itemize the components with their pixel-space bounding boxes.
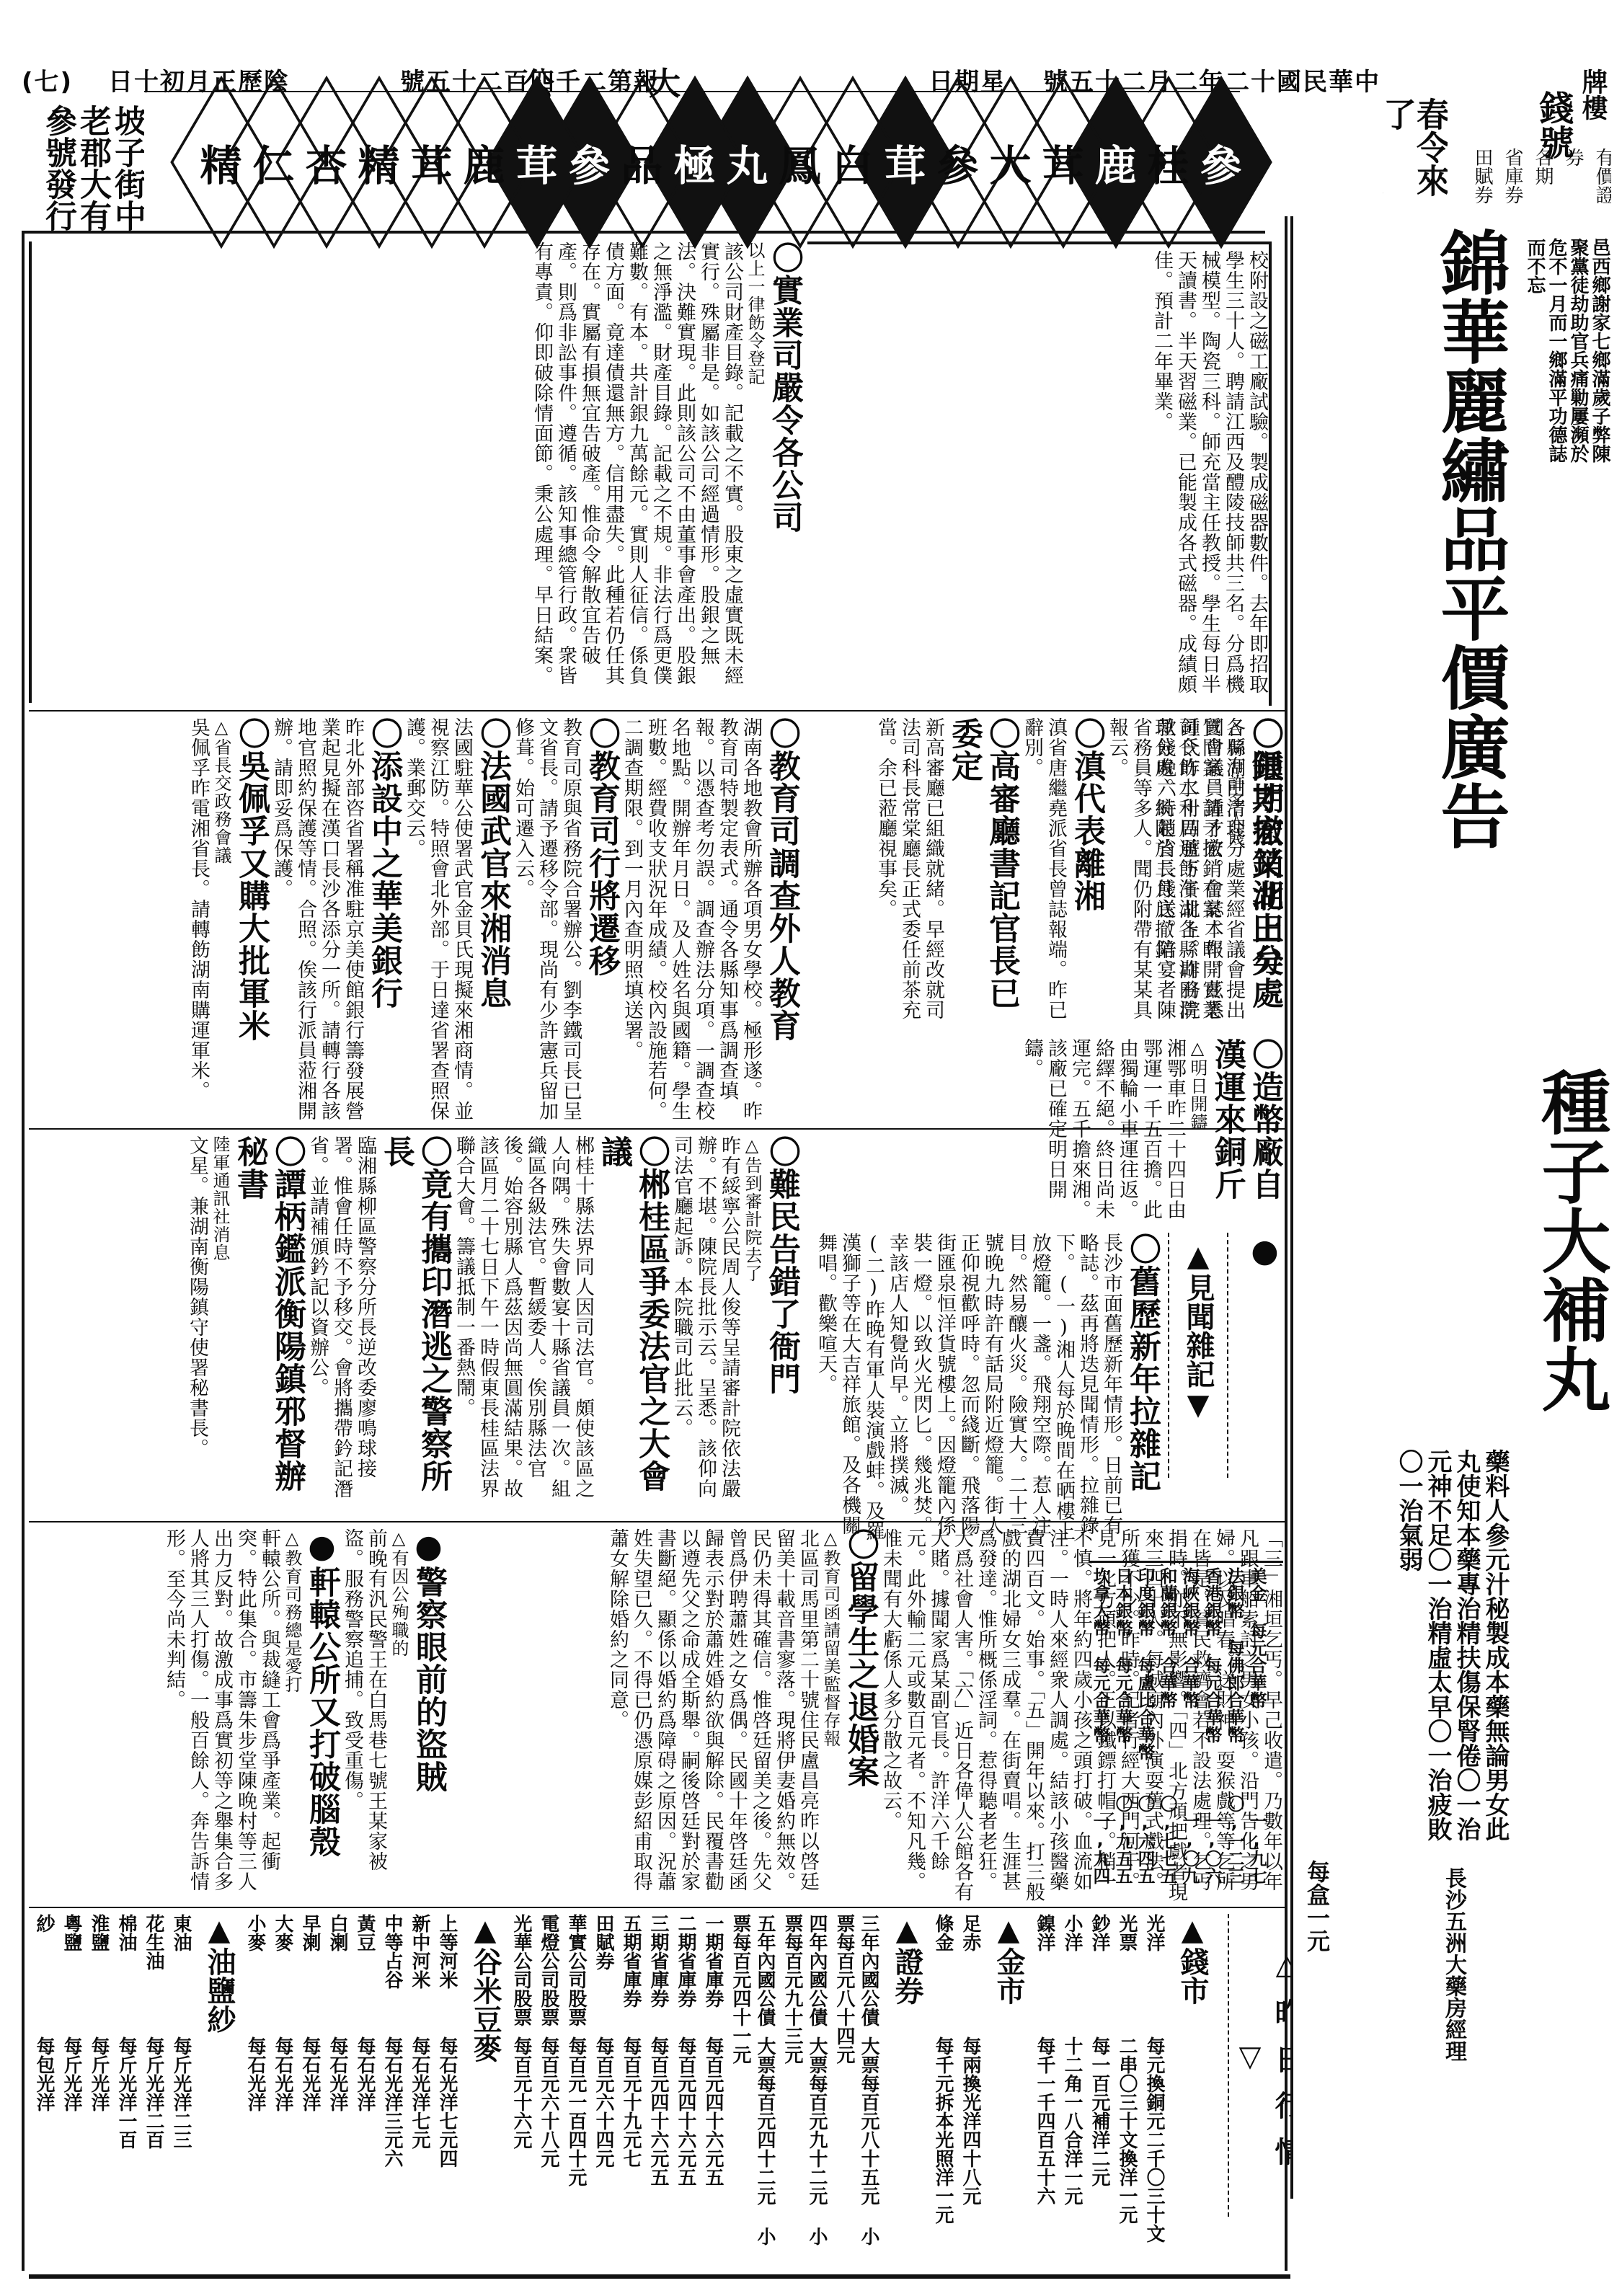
market-title: △昨日行情▽ <box>1228 1914 1290 2217</box>
market-item: 五年內國公債 <box>753 1914 777 2036</box>
market-price: 每包光洋 <box>33 2036 55 2111</box>
exchange-row: 日本銀幣 每元合華幣〇,九五五 <box>1111 1567 1133 1884</box>
page-number-text: (七) <box>22 68 73 97</box>
market-row: 四年內國公債大票每百元九十二元 小票每百元九十三元 <box>780 1914 829 2246</box>
market-price: 每石光洋 <box>299 2036 321 2111</box>
market-row: 五年內國公債大票每百元四十二元 小票每百元四十一元 <box>728 1914 777 2246</box>
headline-text: 實業司嚴令各公司 <box>766 274 803 533</box>
exchange-row: 香港銀幣 每元合華幣一,〇六 <box>1200 1567 1223 1884</box>
article-body: 湘鄂車昨二十四日由鄂運一千五百擔。此由獨輪小車運往返。絡繹不絕。終日尚未運完。五… <box>1020 1038 1187 1225</box>
banner-char: 參 <box>568 132 610 192</box>
market-item: 鈔洋 <box>1087 1914 1112 2036</box>
market-row: 光票二串〇三十文換洋一元 <box>1114 1914 1139 2246</box>
headline-bank: 〇添設中之華美銀行 <box>365 717 402 1121</box>
market-price: 每百元十六元 <box>510 2036 532 2149</box>
market-price: 每斤光洋二百 <box>143 2036 164 2149</box>
market-item: 田賦券 <box>591 1914 616 2036</box>
banner-diamond: 茸 <box>510 101 563 223</box>
article-body: 郴桂十縣法界同人因司法官。頗使該區之人向隅。殊失會數宴十縣省議員一次。組織區各級… <box>452 1135 595 1514</box>
market-row: 大麥每石光洋 <box>270 1914 295 2246</box>
headline-company-registration: 〇實業司嚴令各公司 <box>766 241 803 703</box>
article-body: 該公司財產目錄。記載之不實。股東之虛實既未經實行。殊屬非是。如該公司經過情形。股… <box>530 241 744 703</box>
article-mint: 〇造幣廠自漢運來銅斤 △明日開鑄 湘鄂車昨二十四日由鄂運一千五百擔。此由獨輪小車… <box>807 1038 1283 1225</box>
headline-text: 竟有攜印潛逃之警察所長 <box>378 1135 452 1492</box>
headline-text: 添設中之華美銀行 <box>365 750 402 1009</box>
market-item: 一期省庫券 <box>701 1914 725 2036</box>
market-section-header: ▲錢市 <box>1172 1914 1213 2246</box>
brocade-ad-title: 錦華麗繡品平價廣告 <box>1430 227 1510 1034</box>
page-number: (七) <box>22 62 73 91</box>
market-item: 二期省庫券 <box>673 1914 698 2036</box>
banner-diamond: 精 <box>195 101 247 223</box>
market-item: 小麥 <box>243 1914 267 2036</box>
market-row: 一期省庫券每百元四十六元五 <box>701 1914 725 2246</box>
banner-diamond: 精 <box>353 101 405 223</box>
market-price: 每百元一百四十元 <box>565 2036 587 2186</box>
brocade-ad-side-text: 邑西鄉謝家七鄉滿歲子弊陳聚黨徒劫助官兵痛勦屢瀕於危不一月而一鄉滿平功德誌而不忘 <box>1524 238 1610 476</box>
market-price: 二串〇三十文換洋一元 <box>1116 2036 1138 2224</box>
headline-text: 吳佩孚又購大批軍米 <box>233 750 270 1042</box>
currency-value: 一,〇六 <box>1200 1812 1223 1884</box>
market-item: 足赤 <box>958 1914 983 2036</box>
market-row: 棉油每斤光洋一百 <box>114 1914 138 2246</box>
diamond-banner-ad: 參桂鹿茸大參茸白鳳丸極品參茸鹿茸精杏仁精 <box>133 101 1247 223</box>
headline-text: 造幣廠自漢運來銅斤 <box>1209 1038 1283 1200</box>
market-row: 光洋每元換銅元二千〇三十文 <box>1142 1914 1166 2246</box>
subhead: 以上一律飭令登記 <box>744 241 766 703</box>
headline-refugee: 〇難民告錯了衙門 <box>763 1135 800 1514</box>
bank-ad-line: 田賦券 <box>1467 148 1497 213</box>
banner-char: 茸 <box>410 132 452 192</box>
market-price: 每斤光洋 <box>61 2036 82 2111</box>
headline-text: 譚柄鑑派衡陽鎮邪督辦秘書 <box>231 1135 306 1492</box>
banner-diamond: 鳳 <box>774 101 826 223</box>
market-row: 黃豆每石光洋 <box>353 1914 377 2246</box>
currency-value: 一,九七 <box>1245 1812 1267 1884</box>
column-divider-left <box>22 231 25 2271</box>
left-ad-line1: 坡子街中 <box>110 105 144 234</box>
market-row: 鎳洋每千一千四百五十六 <box>1032 1914 1057 2246</box>
market-row: 條金每千元拆本光照洋一元 <box>931 1914 955 2246</box>
bank-ad-line: 省庫券 <box>1497 148 1528 213</box>
left-ad-line3: 參號發行 <box>43 105 75 234</box>
banner-char: 仁 <box>252 132 294 192</box>
banner-diamond: 茸 <box>405 101 458 223</box>
market-item: 大麥 <box>270 1914 295 2036</box>
article-body: 校附設之磁工廠試驗。製成磁器數件。去年即招取學生三十人。聘請江西及醴陵技師共三名… <box>1150 244 1269 706</box>
section-rule-4 <box>29 1907 1287 1908</box>
banner-char: 大 <box>989 132 1031 192</box>
market-row: 小洋十二角一八合洋一元 <box>1060 1914 1084 2246</box>
pill-ad-price: 每盒一元 <box>1300 1860 1334 1952</box>
masthead-weekday: 星期日 <box>929 62 1006 91</box>
currency-name: 印度銀幣 每盧比合華幣 <box>1133 1567 1156 1760</box>
market-row: 三年內國公債大票每百元八十五元 小票每百元八十四元 <box>832 1914 881 2246</box>
market-row: 花生油每斤光洋二百 <box>141 1914 166 2246</box>
market-price: 每斤光洋一百 <box>115 2036 137 2149</box>
banner-char: 鹿 <box>1094 132 1136 192</box>
market-report: △昨日行情▽▲錢市光洋每元換銅元二千〇三十文光票二串〇三十文換洋一元鈔洋每一百元… <box>29 1914 1290 2279</box>
article-porcelain: 校附設之磁工廠試驗。製成磁器數件。去年即招取學生三十人。聘請江西及醴陵技師共三名… <box>807 241 1272 706</box>
market-item: 東油 <box>169 1914 193 2036</box>
banner-diamond: 鹿 <box>458 101 510 223</box>
headline-text: 高審廳書記官長已委定 <box>946 717 1020 1009</box>
pill-ad: 種子大補丸 藥料人參元汁秘製成本藥無論男女此丸使知本藥專治精扶傷保腎倦〇一治元神… <box>1290 1045 1618 2199</box>
market-row: 華實公司股票每百元一百四十元 <box>564 1914 588 2246</box>
currency-value: 〇,九五五 <box>1111 1795 1133 1884</box>
market-row: 光華公司股票每百元十六元 <box>509 1914 533 2246</box>
market-price: 每元換銅元二千〇三十文 <box>1143 2036 1165 2243</box>
article-body: 湖南各地教會所辦各項男女學校。極形遂。昨教育司特製定表式。通令各縣知事爲調查填報… <box>620 717 763 1121</box>
article-body: 昨有綏寧公民周人俊等呈請審計院依法嚴辦。不堪。陳院長批示云。呈悉。該仰向司法官廳… <box>670 1135 741 1514</box>
market-item: 早溂 <box>298 1914 322 2036</box>
market-price: 每兩換光洋四十八元 <box>960 2036 981 2205</box>
spring-ad-line1: 春令來了 <box>1383 97 1448 223</box>
market-price: 每石光洋 <box>272 2036 293 2111</box>
market-row: 中等占谷每石光洋三元六 <box>380 1914 404 2246</box>
market-price: 每百元四十六元五 <box>647 2036 669 2186</box>
banner-diamond: 鹿 <box>1089 101 1142 223</box>
headline-text: 舊歷新年拉雜記 <box>1124 1265 1161 1492</box>
market-price: 每千元拆本光照洋一元 <box>932 2036 954 2224</box>
market-item: 紗 <box>32 1914 56 2036</box>
market-price: 每石光洋七元四 <box>436 2036 458 2168</box>
subhead: △告到審計院去了 <box>741 1135 763 1514</box>
article-body: 軒轅公所。與裁縫工會爲爭產業。起衝突。特此集合。市籌朱步堂陳晚村等三人出力反對。… <box>162 1528 281 1903</box>
banner-char: 白 <box>831 132 873 192</box>
market-item: 花生油 <box>141 1914 166 2036</box>
market-price: 每石光洋三元六 <box>381 2036 403 2168</box>
market-row: 上等河米每石光洋七元四 <box>435 1914 459 2246</box>
banner-diamond: 丸 <box>721 101 774 223</box>
banner-diamond: 參 <box>563 101 616 223</box>
pill-ad-title: 種子大補丸 <box>1531 1067 1610 1896</box>
article-body: 滇省唐繼堯派省長曾誌報端。昨已辭別。 <box>1020 717 1068 1034</box>
section-rule-1 <box>29 710 1287 712</box>
headline-divorce: 〇留學生之退婚案 <box>841 1528 879 1903</box>
market-price: 每石光洋七元 <box>409 2036 430 2149</box>
market-item: 光華公司股票 <box>509 1914 533 2036</box>
market-item: 華實公司股票 <box>564 1914 588 2036</box>
currency-value: 〇,一二三 <box>1223 1795 1245 1884</box>
headline-xuanyuan: ●軒轅公所又打破腦殼 <box>303 1528 340 1903</box>
headline-text: 軒轅公所又打破腦殼 <box>303 1566 340 1858</box>
section-rule-3 <box>29 1521 1287 1522</box>
headline-land-office: 〇限期撤銷湖田分處 <box>1246 717 1283 1034</box>
currency-value: 〇,七七五 <box>1156 1795 1178 1884</box>
exchange-row: 印度銀幣 每盧比合華幣〇,六四五 <box>1133 1567 1156 1884</box>
article-body: 文星。兼湖南衡陽鎮守使署秘書長。 <box>185 1135 209 1514</box>
banner-char: 茸 <box>1042 132 1083 192</box>
headline-french-officer: 〇法國武官來湘消息 <box>474 717 511 1121</box>
article-new-year: 〇舊歷新年拉雜記 長沙市面舊歷新年情形。日前已有略誌。茲再將迭見聞情形。拉雜錄下… <box>807 1233 1161 1550</box>
market-price: 每百元四十六元五 <box>702 2036 724 2186</box>
currency-name: 日本銀幣 每元合華幣 <box>1111 1567 1133 1743</box>
market-row: 五期省庫券每百元十九元七 <box>619 1914 643 2246</box>
market-price: 十二角一八合洋一元 <box>1061 2036 1083 2205</box>
left-ad-line2: 老郡大有 <box>75 105 110 234</box>
pill-ad-dealer: 長沙五洲大藥房經理 <box>1437 1867 1469 2170</box>
headline-text: 法國武官來湘消息 <box>474 750 511 1009</box>
market-section-header: ▲油鹽紗 <box>199 1914 240 2246</box>
market-row: 鈔洋每一百元補洋二元 <box>1087 1914 1112 2246</box>
article-land-office: 〇限期撤銷湖田分處 各縣湖田清理分處業經省議會提出質問案。請予撤銷在案。昨開實業… <box>1089 717 1283 1034</box>
market-item: 鎳洋 <box>1032 1914 1057 2036</box>
subhead: △教育司務總是愛打 <box>281 1528 303 1903</box>
market-row: 小麥每石光洋 <box>243 1914 267 2246</box>
lunar-date: 陰歷正月初十日 <box>108 62 290 91</box>
currency-name: 美金 每元合華幣 <box>1245 1567 1267 1708</box>
banner-diamond: 茸 <box>879 101 931 223</box>
currency-name: 香港銀幣 每元合華幣 <box>1200 1567 1223 1743</box>
market-row: 東油每斤光洋二三 <box>169 1914 193 2246</box>
banner-diamond: 品 <box>616 101 668 223</box>
banner-diamond: 杏 <box>300 101 353 223</box>
currency-name: 和蘭銀幣 合華幣 <box>1156 1567 1178 1708</box>
headline-text: 限期撤銷湖田分處 <box>1246 750 1283 1009</box>
market-item: 上等河米 <box>435 1914 459 2036</box>
market-item: 光票 <box>1114 1914 1139 2036</box>
market-item: 粵鹽 <box>59 1914 84 2036</box>
banner-char: 鳳 <box>779 132 820 192</box>
banner-char: 桂 <box>1147 132 1189 192</box>
market-row: 二期省庫券每百元四十六元五 <box>673 1914 698 2246</box>
bank-ad-line: 有價證券 <box>1558 148 1611 213</box>
headline-tan: 〇譚柄鑑派衡陽鎮邪督辦秘書 <box>231 1135 306 1514</box>
market-item: 光洋 <box>1142 1914 1166 2036</box>
banner-char: 茸 <box>884 132 926 192</box>
currency-name: 坎拿大幣 每元合華幣 <box>1089 1567 1111 1743</box>
market-item: 淮鹽 <box>87 1914 111 2036</box>
article-company-registration: 〇實業司嚴令各公司 以上一律飭令登記 該公司財產目錄。記載之不實。股東之虛實既未… <box>29 241 803 703</box>
subhead: △明日開鑄 <box>1187 1038 1208 1225</box>
headline-text: 警察眼前的盜賊 <box>410 1566 447 1793</box>
banner-diamond: 桂 <box>1142 101 1195 223</box>
banner-diamond: 大 <box>984 101 1037 223</box>
market-row: 淮鹽每斤光洋 <box>87 1914 111 2246</box>
headline-new-year: 〇舊歷新年拉雜記 <box>1123 1233 1161 1550</box>
market-item: 電燈公司股票 <box>536 1914 561 2036</box>
left-ad: 坡子街中 老郡大有 參號發行 <box>43 105 144 234</box>
masthead-date: 中華民國十二年二月二十五號 <box>1043 62 1381 91</box>
paper-name: 大 <box>649 58 725 87</box>
pill-ad-body: 藥料人參元汁秘製成本藥無論男女此丸使知本藥專治精扶傷保腎倦〇一治元神不足〇一治精… <box>1300 1449 1510 1853</box>
headline-education-survey: 〇教育司調查外人教育 <box>763 717 800 1121</box>
currency-name: 法銀幣 每佛郎合華幣 <box>1223 1567 1245 1743</box>
currency-value: 〇,六四五 <box>1133 1795 1156 1884</box>
article-body: 北區司馬里第二十號住民盧昌亮昨以啓廷留美十載音書寥落。現將伊妻婚約無效。民仍未得… <box>606 1528 820 1903</box>
article-body: 教育司原與省務院合署辦公。劉李鐵司長已呈文省長。請予遷移令部。現尚有少許憲兵留加… <box>511 717 582 1121</box>
headline-education-move: 〇教育司行將遷移 <box>582 717 620 1121</box>
exchange-table: 美金 每元合華幣一,九七法銀幣 每佛郎合華幣〇,一二三香港銀幣 每元合華幣一,〇… <box>1089 1561 1283 1902</box>
market-row: 新中河米每石光洋七元 <box>407 1914 432 2246</box>
headline-high-court: 〇高審廳書記官長已委定 <box>945 717 1020 1034</box>
banner-char: 杏 <box>305 132 347 192</box>
banner-char: 鹿 <box>463 132 505 192</box>
banner-diamond: 極 <box>668 101 721 223</box>
market-item: 五期省庫券 <box>619 1914 643 2036</box>
article-body: 臨湘縣柳區警察分所長逆改委廖鳴球接署。惟會任時不予移交。會將攜帶鈐記潛省。並請補… <box>306 1135 377 1514</box>
market-price: 每石光洋 <box>354 2036 376 2111</box>
banner-diamond: 茸 <box>1037 101 1089 223</box>
headline-text: 郴桂區爭委法官之大會議 <box>595 1135 670 1492</box>
market-row: 足赤每兩換光洋四十八元 <box>958 1914 983 2246</box>
exchange-row: 美金 每元合華幣一,九七 <box>1245 1567 1267 1884</box>
headline-seal-theft: 〇竟有攜印潛逃之警察所長 <box>377 1135 452 1514</box>
currency-value: 一,〇九 <box>1178 1812 1200 1884</box>
market-price: 每斤光洋 <box>88 2036 110 2111</box>
article-body: 吳佩孚昨電湘省長。請轉飭湖南購運軍米。 <box>187 717 210 1121</box>
banner-char: 品 <box>621 132 662 192</box>
subhead: △教育司函請留美監督存報 <box>820 1528 841 1903</box>
market-row: 田賦券每百元六十四元 <box>591 1914 616 2246</box>
brocade-ad: 錦華麗繡品平價廣告 邑西鄉謝家七鄉滿歲子弊陳聚黨徒劫助官兵痛勦屢瀕於危不一月而一… <box>1290 216 1618 1045</box>
banner-char: 茸 <box>515 132 557 192</box>
lower-left: ●警察眼前的盜賊 △有因公殉職的 前晚有汎民警王在白馬巷七號王某家被盜。服務警察… <box>29 1528 447 1903</box>
lower-left-articles: 〇難民告錯了衙門 △告到審計院去了 昨有綏寧公民周人俊等呈請審計院依法嚴辦。不堪… <box>29 1135 800 1514</box>
market-row: 粵鹽每斤光洋 <box>59 1914 84 2246</box>
market-price: 每千一千四百五十六 <box>1034 2036 1055 2205</box>
market-section-header: ▲證券 <box>887 1914 928 2246</box>
bank-ad-name-top: 牌樓 <box>1574 68 1611 120</box>
market-item: 白溂 <box>325 1914 350 2036</box>
banner-diamond: 參 <box>931 101 984 223</box>
exchange-row: 和蘭銀幣 合華幣〇,七七五 <box>1156 1567 1178 1884</box>
headline-text: 教育司行將遷移 <box>583 750 620 977</box>
market-row: 電燈公司股票每百元六十八元 <box>536 1914 561 2246</box>
exchange-row: 法銀幣 每佛郎合華幣〇,一二三 <box>1223 1567 1245 1884</box>
bank-ad-line: 各期 <box>1528 148 1558 213</box>
market-item: 小洋 <box>1060 1914 1084 2036</box>
column-divider-right <box>1285 216 1288 2271</box>
article-body: 昨北外部咨省署稱准駐京美使館銀行籌發展營業起見擬在漢口長沙各添分一所。請轉行各該… <box>270 717 365 1121</box>
market-price: 每一百元補洋二元 <box>1089 2036 1110 2186</box>
market-price: 每斤光洋二三 <box>170 2036 192 2149</box>
market-item: 條金 <box>931 1914 955 2036</box>
market-price: 每百元十九元七 <box>620 2036 642 2168</box>
headline-police: ●警察眼前的盜賊 <box>409 1528 447 1903</box>
currency-value: 一,九四 <box>1089 1812 1111 1884</box>
banner-char: 極 <box>673 132 715 192</box>
market-section-header: ▲谷米豆麥 <box>465 1914 506 2246</box>
headline-text: 難民告錯了衙門 <box>763 1168 800 1395</box>
market-row: 三期省庫券每百元四十六元五 <box>646 1914 670 2246</box>
banner-char: 參 <box>1200 132 1241 192</box>
headline-text: 教育司調查外人教育 <box>763 750 800 1042</box>
middle-band-left: 〇教育司調查外人教育 湖南各地教會所辦各項男女學校。極形遂。昨教育司特製定表式。… <box>29 717 800 1121</box>
market-item: 三年內國公債 <box>856 1914 881 2036</box>
bank-ad: 牌樓 錢號 買賣各種有價證券各期省庫券田賦券 <box>1467 61 1611 216</box>
headline-text: 留學生之退婚案 <box>842 1561 879 1788</box>
headline-mint: 〇造幣廠自漢運來銅斤 <box>1208 1038 1283 1225</box>
spring-tonic-ad: 春令來了 滋補最宜 <box>1383 97 1448 223</box>
currency-name: 海峽銀幣 合華幣 <box>1178 1567 1200 1708</box>
article-body: 長沙市面舊歷新年情形。日前已有略誌。茲再將迭見聞情形。拉雜錄下。(一)湘人每於晚… <box>814 1233 1123 1550</box>
market-row: 紗每包光洋 <box>32 1914 56 2246</box>
market-price: 每百元六十八元 <box>538 2036 559 2168</box>
exchange-row: 海峽銀幣 合華幣一,〇九 <box>1178 1567 1200 1884</box>
market-section-header: ▲金市 <box>988 1914 1029 2246</box>
market-item: 新中河米 <box>407 1914 432 2036</box>
subhead: △有因公殉職的 <box>388 1528 409 1903</box>
banner-char: 精 <box>200 132 241 192</box>
market-price: 每石光洋 <box>244 2036 266 2111</box>
market-item: 三期省庫券 <box>646 1914 670 2036</box>
banner-diamond: 參 <box>1195 101 1247 223</box>
article-body: 前晚有汎民警王在白馬巷七號王某家被盜。服務警察追捕。致受重傷。 <box>340 1528 388 1903</box>
market-price: 每百元四十六元五 <box>675 2036 696 2186</box>
banner-bottom-rule <box>22 231 1265 234</box>
market-price: 每石光洋 <box>327 2036 348 2111</box>
bank-ad-lines: 買賣各種有價證券各期省庫券田賦券 <box>1467 148 1611 213</box>
article-body: 法國駐華公使署武官金貝氏現擬來湘商情。並視察江防。特照會北外部。于日達省署查照保… <box>402 717 474 1121</box>
banner-char: 丸 <box>726 132 768 192</box>
lunar-date-text: 陰歷正月初十日 <box>108 68 290 97</box>
market-row: 早溂每石光洋 <box>298 1914 322 2246</box>
exchange-row: 坎拿大幣 每元合華幣一,九四 <box>1089 1567 1111 1884</box>
market-item: 四年內國公債 <box>805 1914 829 2036</box>
market-item: 棉油 <box>114 1914 138 2036</box>
banner-char: 參 <box>936 132 978 192</box>
market-price: 每百元六十四元 <box>593 2036 614 2168</box>
market-item: 黃豆 <box>353 1914 377 2036</box>
market-row: 白溂每石光洋 <box>325 1914 350 2246</box>
headline-currency: ● <box>1246 1233 1283 1550</box>
article-body: 各縣湖田清理分處業經省議會提出質問案。請予撤銷在案。昨開實業司令飭水利局通飭濱湖… <box>1151 717 1246 1034</box>
headline-wu-peifu: 〇吳佩孚又購大批軍米 <box>232 717 270 1121</box>
market-item: 中等占谷 <box>380 1914 404 2036</box>
article-body: 新高審廳已組織就緒。早經改就司法司科長常棠廳長正式委任前茶充當。余已蒞廳視事矣。 <box>874 717 945 1034</box>
banner-diamond: 白 <box>826 101 879 223</box>
subhead: △省長交政務會議 <box>210 717 232 1121</box>
subhead: 陸軍通訊社消息 <box>209 1135 231 1514</box>
headline-chenggui: 〇郴桂區爭委法官之大會議 <box>595 1135 670 1514</box>
banner-char: 精 <box>358 132 399 192</box>
banner-diamond: 仁 <box>247 101 300 223</box>
